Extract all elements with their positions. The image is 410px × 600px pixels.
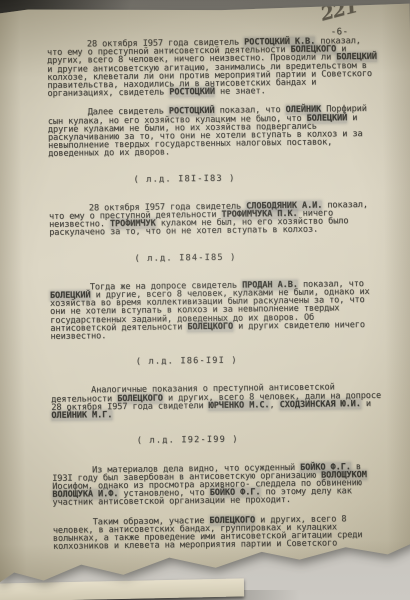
paragraph: 28 октября I957 года свидетель СЛОБОДЯНИ… xyxy=(49,201,381,238)
body-text: и xyxy=(361,399,371,409)
highlighted-name: СХОДЗИНСКАЯ Ю.И. xyxy=(280,399,361,410)
paragraph: Далее свидетель РОСТОЦКИЙ показал, что О… xyxy=(48,105,381,158)
body-text: не знает. xyxy=(215,86,266,97)
sheet-reference: ( л.д. I8I-I83 ) xyxy=(48,173,320,185)
paragraph: Из материалов дела видно, что осужденный… xyxy=(52,462,384,507)
sheet-reference: ( л.д. I84-I85 ) xyxy=(49,252,321,264)
sheet-reference: ( л.д. I92-I99 ) xyxy=(52,435,324,447)
typed-page-number: -6- xyxy=(331,28,349,36)
document-page: 221 -6- 28 октября I957 года свидетель Р… xyxy=(0,2,410,597)
paragraph: Аналогичные показания о преступной антис… xyxy=(51,383,383,420)
document-body: 28 октября I957 года свидетель РОСТОЦКИЙ… xyxy=(47,37,385,551)
highlighted-name: БОЛЕЦКОГО xyxy=(187,322,233,333)
highlighted-name: ЮРЧЕНКО М.С. xyxy=(209,400,270,411)
highlighted-name: ОЛЕЙНИК М.Г. xyxy=(51,410,112,421)
sheet-reference: ( л.д. I86-I9I ) xyxy=(51,356,323,368)
sheet-content: 221 -6- 28 октября I957 года свидетель Р… xyxy=(0,2,410,597)
handwritten-archive-number: 221 xyxy=(320,2,358,19)
body-text: , xyxy=(269,400,279,410)
paragraph: Таким образом, участие БОЛЕЦКОГО и други… xyxy=(53,514,385,551)
highlighted-name: РОСТОЦКИЙ xyxy=(169,87,215,98)
document-page-wrapper: 221 -6- 28 октября I957 года свидетель Р… xyxy=(0,0,410,600)
paragraph: Тогда же на допросе свидетель ПРОДАН А.В… xyxy=(50,280,383,341)
paragraph: 28 октября I957 года свидетель РОСТОЦКИЙ… xyxy=(47,37,380,98)
